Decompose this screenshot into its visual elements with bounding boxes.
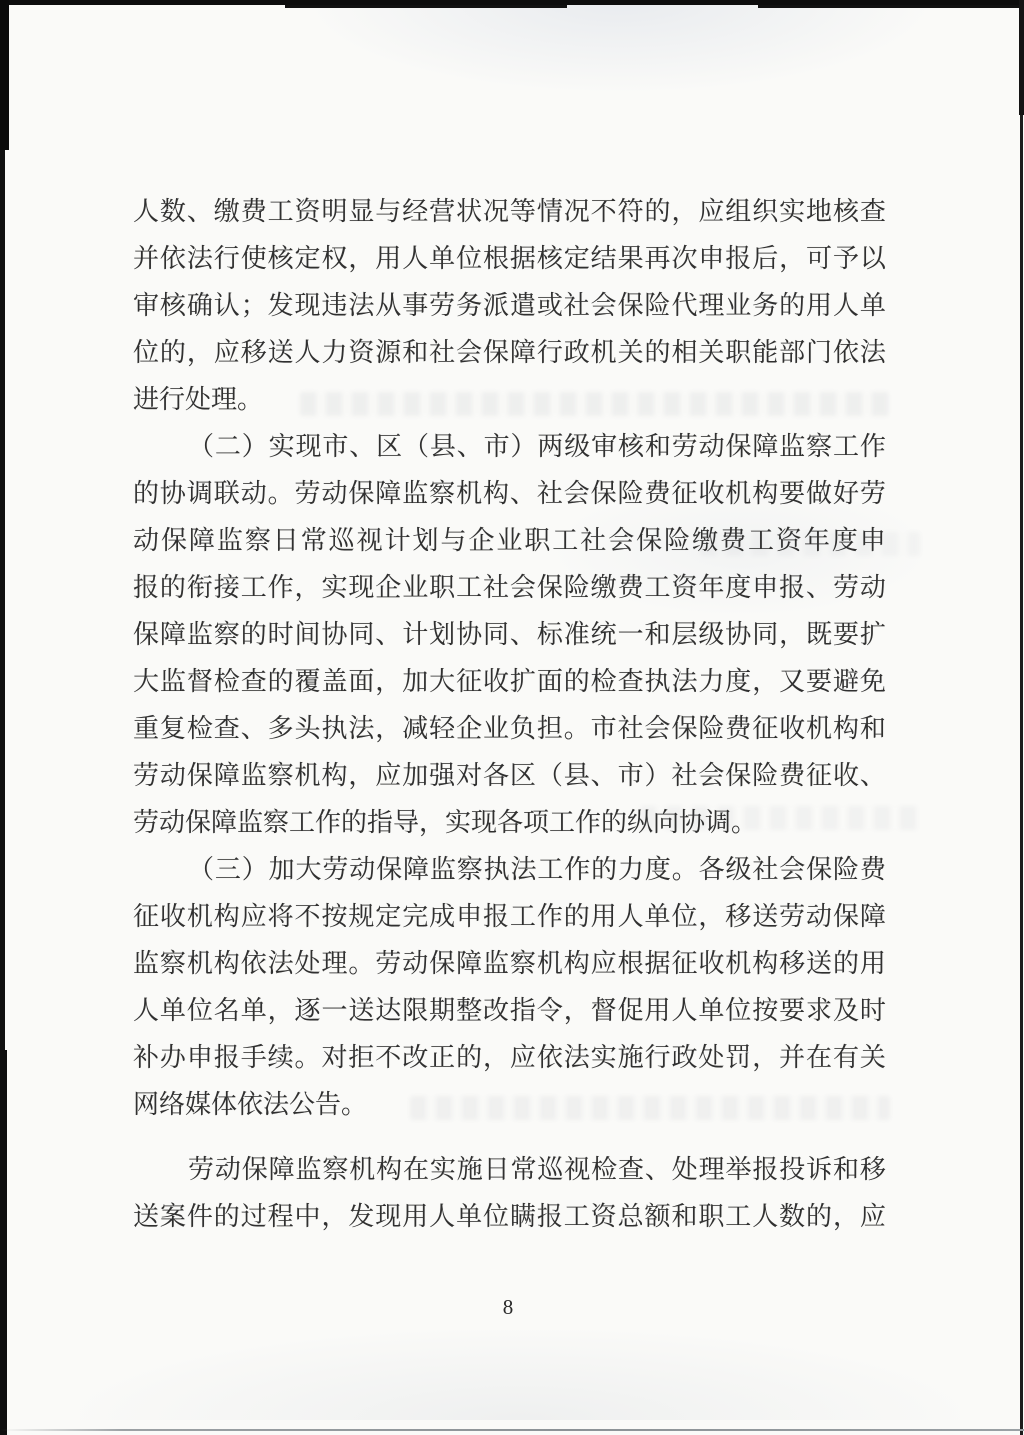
text-line: 网络媒体依法公告。 [133,1081,886,1128]
text-line: 重复检查、多头执法，减轻企业负担。市社会保险费征收机构和 [133,705,886,752]
text-line: 进行处理。 [133,376,886,423]
scan-edge-left-segment [0,0,9,150]
text-line: 保障监察的时间协同、计划协同、标准统一和层级协同，既要扩 [133,611,886,658]
text-line: 审核确认；发现违法从事劳务派遣或社会保险代理业务的用人单 [133,282,886,329]
scan-edge-bottom [0,1429,1024,1431]
text-line: 劳动保障监察工作的指导，实现各项工作的纵向协调。 [133,799,886,846]
text-line: （三）加大劳动保障监察执法工作的力度。各级社会保险费 [133,846,886,893]
text-line: 劳动保障监察机构在实施日常巡视检查、处理举报投诉和移 [133,1146,886,1193]
scanned-document-page: 人数、缴费工资明显与经营状况等情况不符的，应组织实地核查并依法行使核定权，用人单… [0,0,1024,1435]
text-line: 监察机构依法处理。劳动保障监察机构应根据征收机构移送的用 [133,940,886,987]
scan-edge-top-segment [285,5,567,8]
paper-tint [80,1330,960,1420]
scan-edge-left-segment [0,1050,7,1435]
text-line: 送案件的过程中，发现用人单位瞒报工资总额和职工人数的，应 [133,1193,886,1240]
document-body: 人数、缴费工资明显与经营状况等情况不符的，应组织实地核查并依法行使核定权，用人单… [133,188,886,1240]
text-line: （二）实现市、区（县、市）两级审核和劳动保障监察工作 [133,423,886,470]
text-line: 报的衔接工作，实现企业职工社会保险缴费工资年度申报、劳动 [133,564,886,611]
text-line: 人数、缴费工资明显与经营状况等情况不符的，应组织实地核查 [133,188,886,235]
text-line: 的协调联动。劳动保障监察机构、社会保险费征收机构要做好劳 [133,470,886,517]
paragraph: 劳动保障监察机构在实施日常巡视检查、处理举报投诉和移送案件的过程中，发现用人单位… [133,1146,886,1240]
text-line: 补办申报手续。对拒不改正的，应依法实施行政处罚，并在有关 [133,1034,886,1081]
text-line: 人单位名单，逐一送达限期整改指令，督促用人单位按要求及时 [133,987,886,1034]
text-line: 并依法行使核定权，用人单位根据核定结果再次申报后，可予以 [133,235,886,282]
text-line: 动保障监察日常巡视计划与企业职工社会保险缴费工资年度申 [133,517,886,564]
text-line: 劳动保障监察机构，应加强对各区（县、市）社会保险费征收、 [133,752,886,799]
paper-tint [300,0,940,95]
text-line: 征收机构应将不按规定完成申报工作的用人单位，移送劳动保障 [133,893,886,940]
scan-edge-right [1020,0,1023,1435]
paragraph: 人数、缴费工资明显与经营状况等情况不符的，应组织实地核查并依法行使核定权，用人单… [133,188,886,423]
scan-edge-top-segment [758,5,1024,8]
page-number: 8 [0,1295,1016,1320]
text-line: 大监督检查的覆盖面，加大征收扩面的检查执法力度，又要避免 [133,658,886,705]
scan-edge-right-segment [1019,0,1024,115]
paragraph: （二）实现市、区（县、市）两级审核和劳动保障监察工作的协调联动。劳动保障监察机构… [133,423,886,846]
paragraph: （三）加大劳动保障监察执法工作的力度。各级社会保险费征收机构应将不按规定完成申报… [133,846,886,1128]
text-line: 位的，应移送人力资源和社会保障行政机关的相关职能部门依法 [133,329,886,376]
